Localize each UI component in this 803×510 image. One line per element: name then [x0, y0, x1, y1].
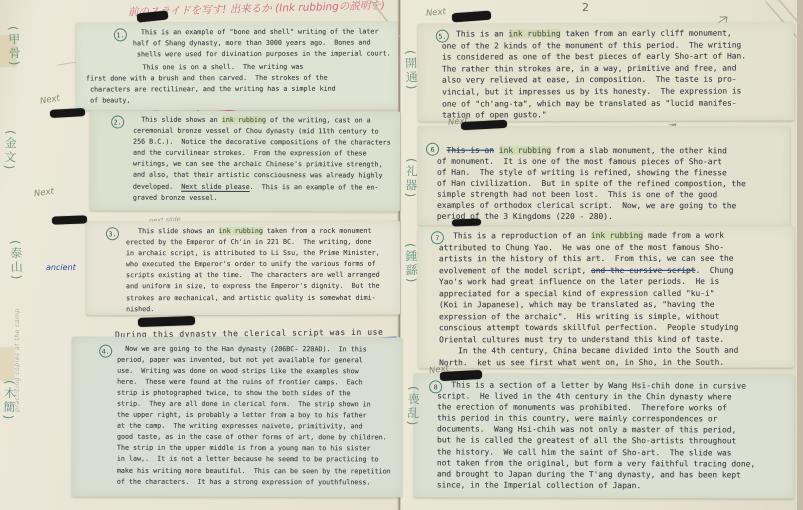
- typed-text: of the writing, cast on a ceremonial bro…: [133, 116, 391, 190]
- section-paragraph: This one is on a shell. The writing was …: [86, 62, 336, 107]
- margin-note-8: (喪乱): [404, 386, 422, 428]
- typed-text: Now we are going to the Han dynasty (206…: [117, 345, 391, 486]
- margin-note-6: (礼器): [402, 158, 420, 200]
- section-number: 2.: [111, 116, 124, 129]
- typed-text: This is a section of a letter by Wang Hs…: [437, 380, 755, 490]
- struck-text: This is an: [447, 146, 495, 155]
- typed-text: . Chung Yao's work had great influence o…: [439, 265, 738, 367]
- handwritten-page-number: 2: [582, 1, 589, 14]
- highlighted-text: ink rubbing: [219, 227, 263, 235]
- typed-text: Next slide please: [181, 182, 249, 190]
- section-paragraph: This is an ink rubbing taken from an ear…: [442, 28, 746, 122]
- section-slip-4: 4. Now we are going to the Han dynasty (…: [72, 337, 402, 498]
- section-slip-5: 5. This is an ink rubbing taken from an …: [418, 22, 794, 121]
- typed-text: from a slab monument, the other kind of …: [437, 146, 746, 221]
- typed-text: taken from an early cliff monument, one …: [442, 29, 746, 120]
- margin-note-4: (木簡): [0, 380, 18, 422]
- section-paragraph: Now we are going to the Han dynasty (206…: [117, 344, 391, 488]
- next-cue-label: Next: [426, 7, 447, 19]
- section-slip-3: 3. This slide shows an ink rubbing taken…: [86, 221, 400, 316]
- typed-text: This slide shows an: [133, 116, 222, 124]
- section-number: 4.: [99, 345, 112, 358]
- struck-text: and the cursive script: [591, 265, 696, 274]
- typed-text: This is an example of "bone and shell" w…: [133, 28, 391, 59]
- highlighted-text: ink rubbing: [591, 231, 643, 240]
- section-paragraph: This slide shows an ink rubbing taken fr…: [122, 226, 380, 315]
- margin-note-3: (泰山): [7, 240, 25, 282]
- blue-ink-insert-ancient: ancient: [46, 263, 76, 272]
- margin-note-2: (金文): [1, 130, 19, 172]
- section-paragraph: This is a section of a letter by Wang Hs…: [437, 379, 756, 491]
- redaction-mark: [52, 215, 87, 224]
- margin-note-7: (鍾繇): [402, 243, 420, 285]
- section-slip-7: 7 This is a reproduction of an ink rubbi…: [418, 226, 794, 369]
- section-paragraph: This is an ink rubbing from a slab monum…: [437, 145, 746, 223]
- typed-text: [437, 146, 447, 155]
- redaction-mark: [452, 218, 481, 226]
- typed-text: This one is on a shell. The writing was …: [86, 63, 336, 105]
- margin-note-5: (開通): [402, 50, 420, 92]
- section-paragraph: This is an example of "bone and shell" w…: [133, 26, 391, 60]
- highlighted-text: ink rubbing: [222, 116, 266, 124]
- section-number: 1.: [114, 28, 127, 41]
- section-paragraph: This slide shows an ink rubbing of the w…: [133, 115, 391, 205]
- margin-note-1: (甲骨): [5, 26, 23, 68]
- section-paragraph: This is a reproduction of an ink rubbing…: [439, 230, 739, 369]
- highlighted-text: ink rubbing: [508, 29, 560, 38]
- scanned-manuscript: 前のスライドを写す! 出来るか (Ink rubbingの説明を) ここで In…: [0, 0, 803, 510]
- section-slip-2: 2. This slide shows an ink rubbing of th…: [90, 110, 400, 211]
- section-number: 3.: [106, 227, 119, 240]
- section-slip-1: 1. This is an example of "bone and shell…: [76, 21, 398, 110]
- highlighted-text: ink rubbing: [499, 146, 551, 155]
- typed-text: This is a reproduction of an: [439, 231, 591, 240]
- typed-text: taken from a rock monument erected by th…: [122, 227, 380, 313]
- typed-text: This slide shows an: [122, 227, 219, 235]
- typed-text: This is an: [442, 29, 509, 38]
- tape-piece: [0, 348, 14, 380]
- section-slip-8: 8 This is a section of a letter by Wang …: [414, 373, 794, 498]
- section-slip-6: 6 This is an ink rubbing from a slab mon…: [418, 126, 790, 227]
